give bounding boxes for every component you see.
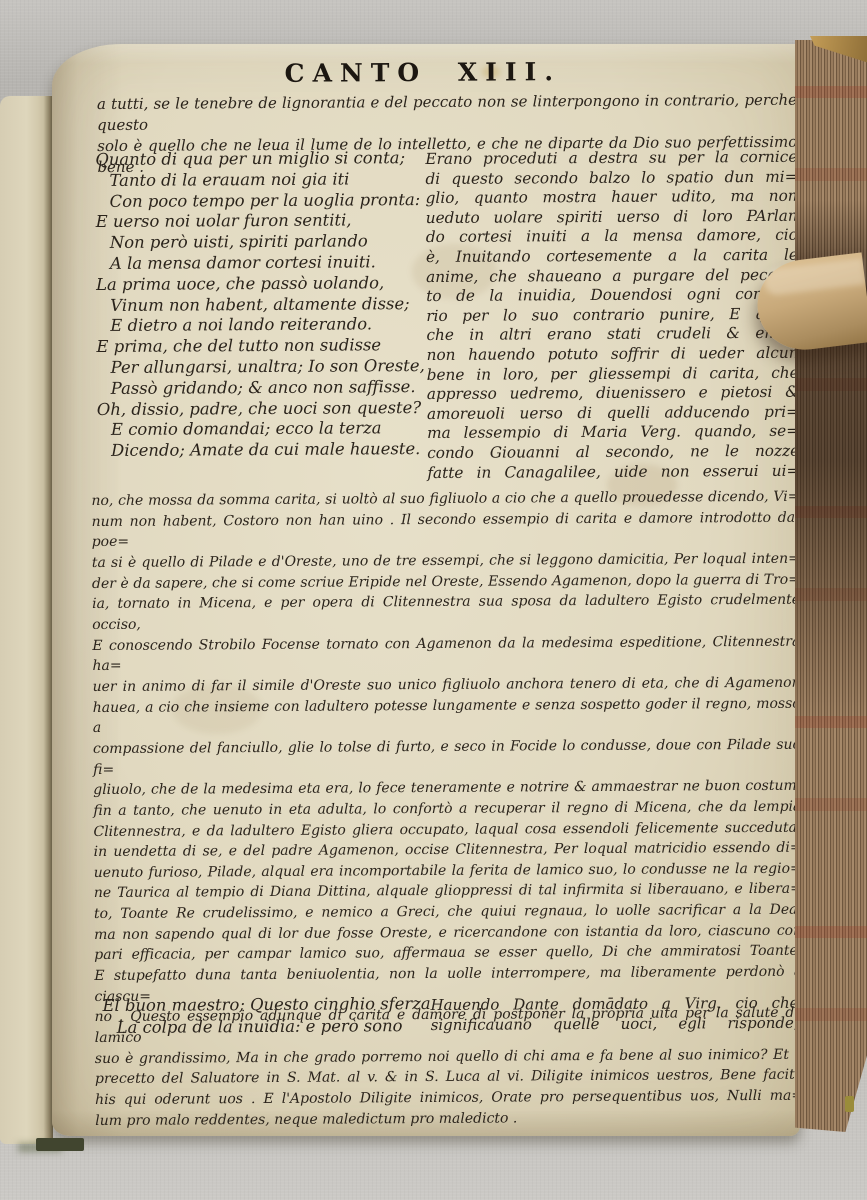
verse-line: La prima uoce, che passò uolando, — [96, 273, 426, 296]
commentary-line: fatte in Canagalilee, uide non esserui u… — [427, 461, 799, 483]
commentary-line: bene in loro, per gliessempi di carita, … — [427, 363, 799, 385]
verse-line: Per allungarsi, unaltra; Io son Oreste, — [97, 356, 427, 379]
commentary-line: non hauendo potuto soffrir di ueder alcu… — [427, 344, 799, 366]
commentary-line: amoreuoli uerso di quelli adducendo pri= — [427, 402, 799, 424]
verse-line: Passò gridando; & anco non saffisse. — [97, 377, 427, 400]
commentary-line: glio, quanto mostra hauer udito, ma non — [426, 187, 798, 209]
commentary-line: significauano quelle uoci, egli risponde… — [431, 1013, 799, 1035]
commentary-line: anime, che shaueano a purgare del pecca= — [426, 265, 798, 287]
commentary-line: condo Giouanni al secondo, ne le nozze — [427, 442, 799, 464]
book-fore-edge — [795, 40, 867, 1132]
commentary-line: è, Inuitando cortesemente a la carita le — [426, 246, 798, 268]
verse-line: Dicendo; Amate da cui male haueste. — [97, 439, 427, 462]
commentary-line: lum pro malo reddentes, neque maledictum… — [95, 1106, 803, 1131]
commentary-line: his qui oderunt uos . E l'Apostolo Dilig… — [95, 1086, 803, 1111]
book-page: CANTO XIII. a tutti, se le tenebre de li… — [52, 44, 800, 1136]
commentary-line: compassione del fanciullo, glie lo tolse… — [93, 735, 801, 781]
commentary-line: hauea, a cio che insieme con ladultero p… — [93, 693, 801, 739]
verse-line: La colpa de la inuidia: e però sono — [103, 1014, 433, 1038]
commentary-line: di questo secondo balzo lo spatio dun mi… — [425, 167, 797, 189]
book-photo: CANTO XIII. a tutti, se le tenebre de li… — [0, 0, 867, 1200]
commentary-line: ma lessempio di Maria Verg. quando, se= — [427, 422, 799, 444]
verse-line: Non però uisti, spiriti parlando — [96, 231, 426, 254]
commentary-line: appresso uedremo, diuenissero e pietosi … — [427, 383, 799, 405]
commentary-line: rio per lo suo contrario punire, E quell… — [426, 304, 798, 326]
facing-page-edge — [0, 96, 53, 1144]
commentary-line: ueduto uolare spiriti uerso di loro PArl… — [426, 207, 798, 229]
commentary-line: do cortesi inuiti a la mensa damore, cio — [426, 226, 798, 248]
bottom-verse: El buon maestro; Questo cinghio sferza L… — [102, 993, 432, 1038]
commentary-line: to de la inuidia, Douendosi ogni contra= — [426, 285, 798, 307]
commentary-line: num non habent, Costoro non han uino . I… — [92, 507, 800, 553]
verse-line: Vinum non habent, altamente disse; — [96, 294, 426, 317]
verse-line: El buon maestro; Questo cinghio sferza — [102, 993, 432, 1017]
commentary-line: Hauendo Dante domādato a Virg. cio che — [430, 993, 798, 1015]
verse-line: Con poco tempo per la uoglia pronta: — [96, 190, 426, 213]
commentary-right-column: Erano proceduti a destra su per la corni… — [425, 148, 799, 483]
commentary-line: Erano proceduti a destra su per la corni… — [425, 148, 797, 170]
verse-line: E uerso noi uolar furon sentiti, — [96, 210, 426, 233]
canto-heading: CANTO XIII. — [49, 56, 797, 90]
verse-line: E comio domandai; ecco la terza — [97, 418, 427, 441]
verse-line: Oh, dissio, padre, che uoci son queste? — [97, 398, 427, 421]
verse-line: E dietro a noi lando reiterando. — [96, 314, 426, 337]
intro-line: a tutti, se le tenebre de lignorantia e … — [97, 90, 797, 136]
binding-gold-speck — [845, 1096, 854, 1112]
verse-line: E prima, che del tutto non sudisse — [96, 335, 426, 358]
commentary-line: E conoscendo Strobilo Focense tornato co… — [92, 631, 800, 677]
commentary-line: che in altri erano stati crudeli & empi, — [426, 324, 798, 346]
bottom-commentary: Hauendo Dante domādato a Virg. cio che s… — [430, 993, 798, 1035]
commentary-line: ia, tornato in Micena, e per opera di Cl… — [92, 590, 800, 636]
verse-line: A la mensa damor cortesi inuiti. — [96, 252, 426, 275]
verse-line: Tanto di la erauam noi gia iti — [95, 169, 425, 192]
page-content: CANTO XIII. a tutti, se le tenebre de li… — [49, 42, 804, 1139]
bookmark-ribbon — [36, 1138, 84, 1151]
verse-line: Quanto di qua per un miglio si conta; — [95, 148, 425, 171]
verse-column: Quanto di qua per un miglio si conta; Ta… — [95, 148, 427, 462]
